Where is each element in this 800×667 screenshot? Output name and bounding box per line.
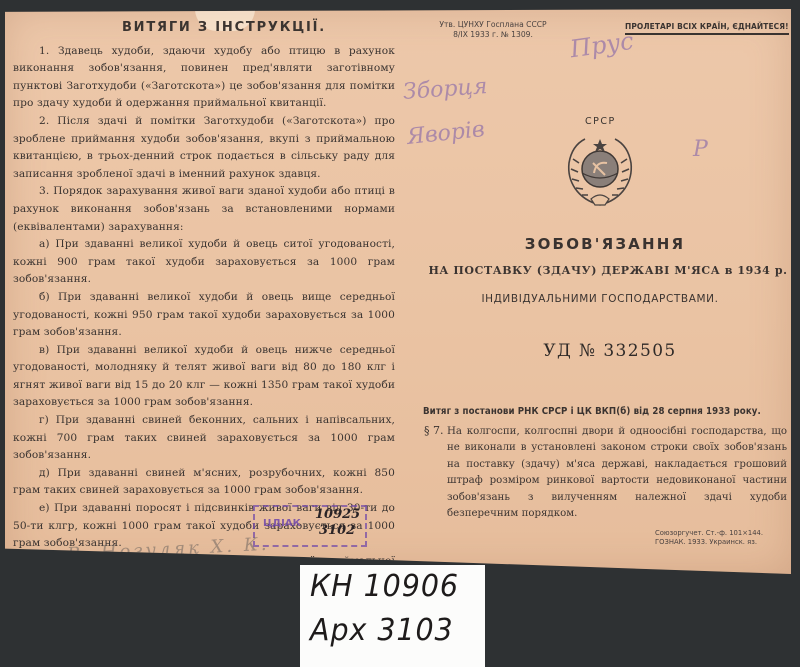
ussr-coat-of-arms-icon [563,133,637,209]
printer-line: ГОЗНАК. 1933. Украинск. яз. [655,538,785,547]
archive-label-line: Арх 3103 [310,613,454,648]
instruction-paragraph: а) При здаванні великої худоби й овець с… [13,236,395,289]
document-subtitle-2: ІНДИВІДУАЛЬНИМИ ГОСПОДАРСТВАМИ. [435,293,765,305]
document-title: ЗОБОВ'ЯЗАННЯ [510,235,700,253]
stamp-number: 10925 [315,507,360,522]
instruction-paragraph: б) При здаванні великої худоби й овець в… [13,289,395,342]
stamp-number: 3102 [319,523,355,538]
instruction-paragraph: г) При здаванні свиней беконних, сальних… [13,412,395,465]
document-paper: ВИТЯГИ З ІНСТРУКЦІЇ. 1. Здавець худоби, … [5,9,791,574]
printer-line: Союзоргучет. Ст.-ф. 101×144. [655,529,785,538]
instruction-paragraph: 2. Після здачі й помітки Заготхудоби («З… [13,113,395,183]
instructions-heading: ВИТЯГИ З ІНСТРУКЦІЇ. [13,19,395,37]
instruction-paragraph: д) При здаванні свиней м'ясних, розрубоч… [13,465,395,500]
ink-note: Зборця [402,74,488,105]
printer-imprint: Союзоргучет. Ст.-ф. 101×144. ГОЗНАК. 193… [655,529,785,547]
instruction-paragraph: 3. Порядок зарахування живої ваги зданої… [13,183,395,236]
instruction-paragraph: в) При здаванні великої худоби й овець н… [13,342,395,412]
section-mark: § 7. [424,424,444,437]
approval-note: Утв. ЦУНХУ Госплана СССР 8/IX 1933 г. № … [433,20,553,40]
approval-line: 8/IX 1933 г. № 1309. [433,30,553,40]
approval-line: Утв. ЦУНХУ Госплана СССР [433,20,553,30]
ink-note: Р [693,137,708,162]
decree-body: На колгоспи, колгоспні двори й одноосібн… [447,424,787,522]
ink-note: Яворів [406,117,486,150]
instruction-paragraph: 1. Здавець худоби, здаючи худобу або пти… [13,43,395,113]
document-number: УД № 332505 [525,341,695,361]
stamp-text: ЦДІАК [263,518,301,529]
archive-stamp: ЦДІАК 10925 3102 [253,505,367,547]
archive-label-line: КН 10906 [310,569,459,604]
decree-heading: Витяг з постанови РНК СРСР і ЦК ВКП(б) в… [423,406,793,417]
archive-label: КН 10906 Арх 3103 [300,565,485,667]
slogan: ПРОЛЕТАРІ ВСІХ КРАЇН, ЄДНАЙТЕСЯ! [625,21,789,35]
country-label: СРСР [585,116,616,127]
document-subtitle: НА ПОСТАВКУ (ЗДАЧУ) ДЕРЖАВІ М'ЯСА в 1934… [423,264,793,277]
